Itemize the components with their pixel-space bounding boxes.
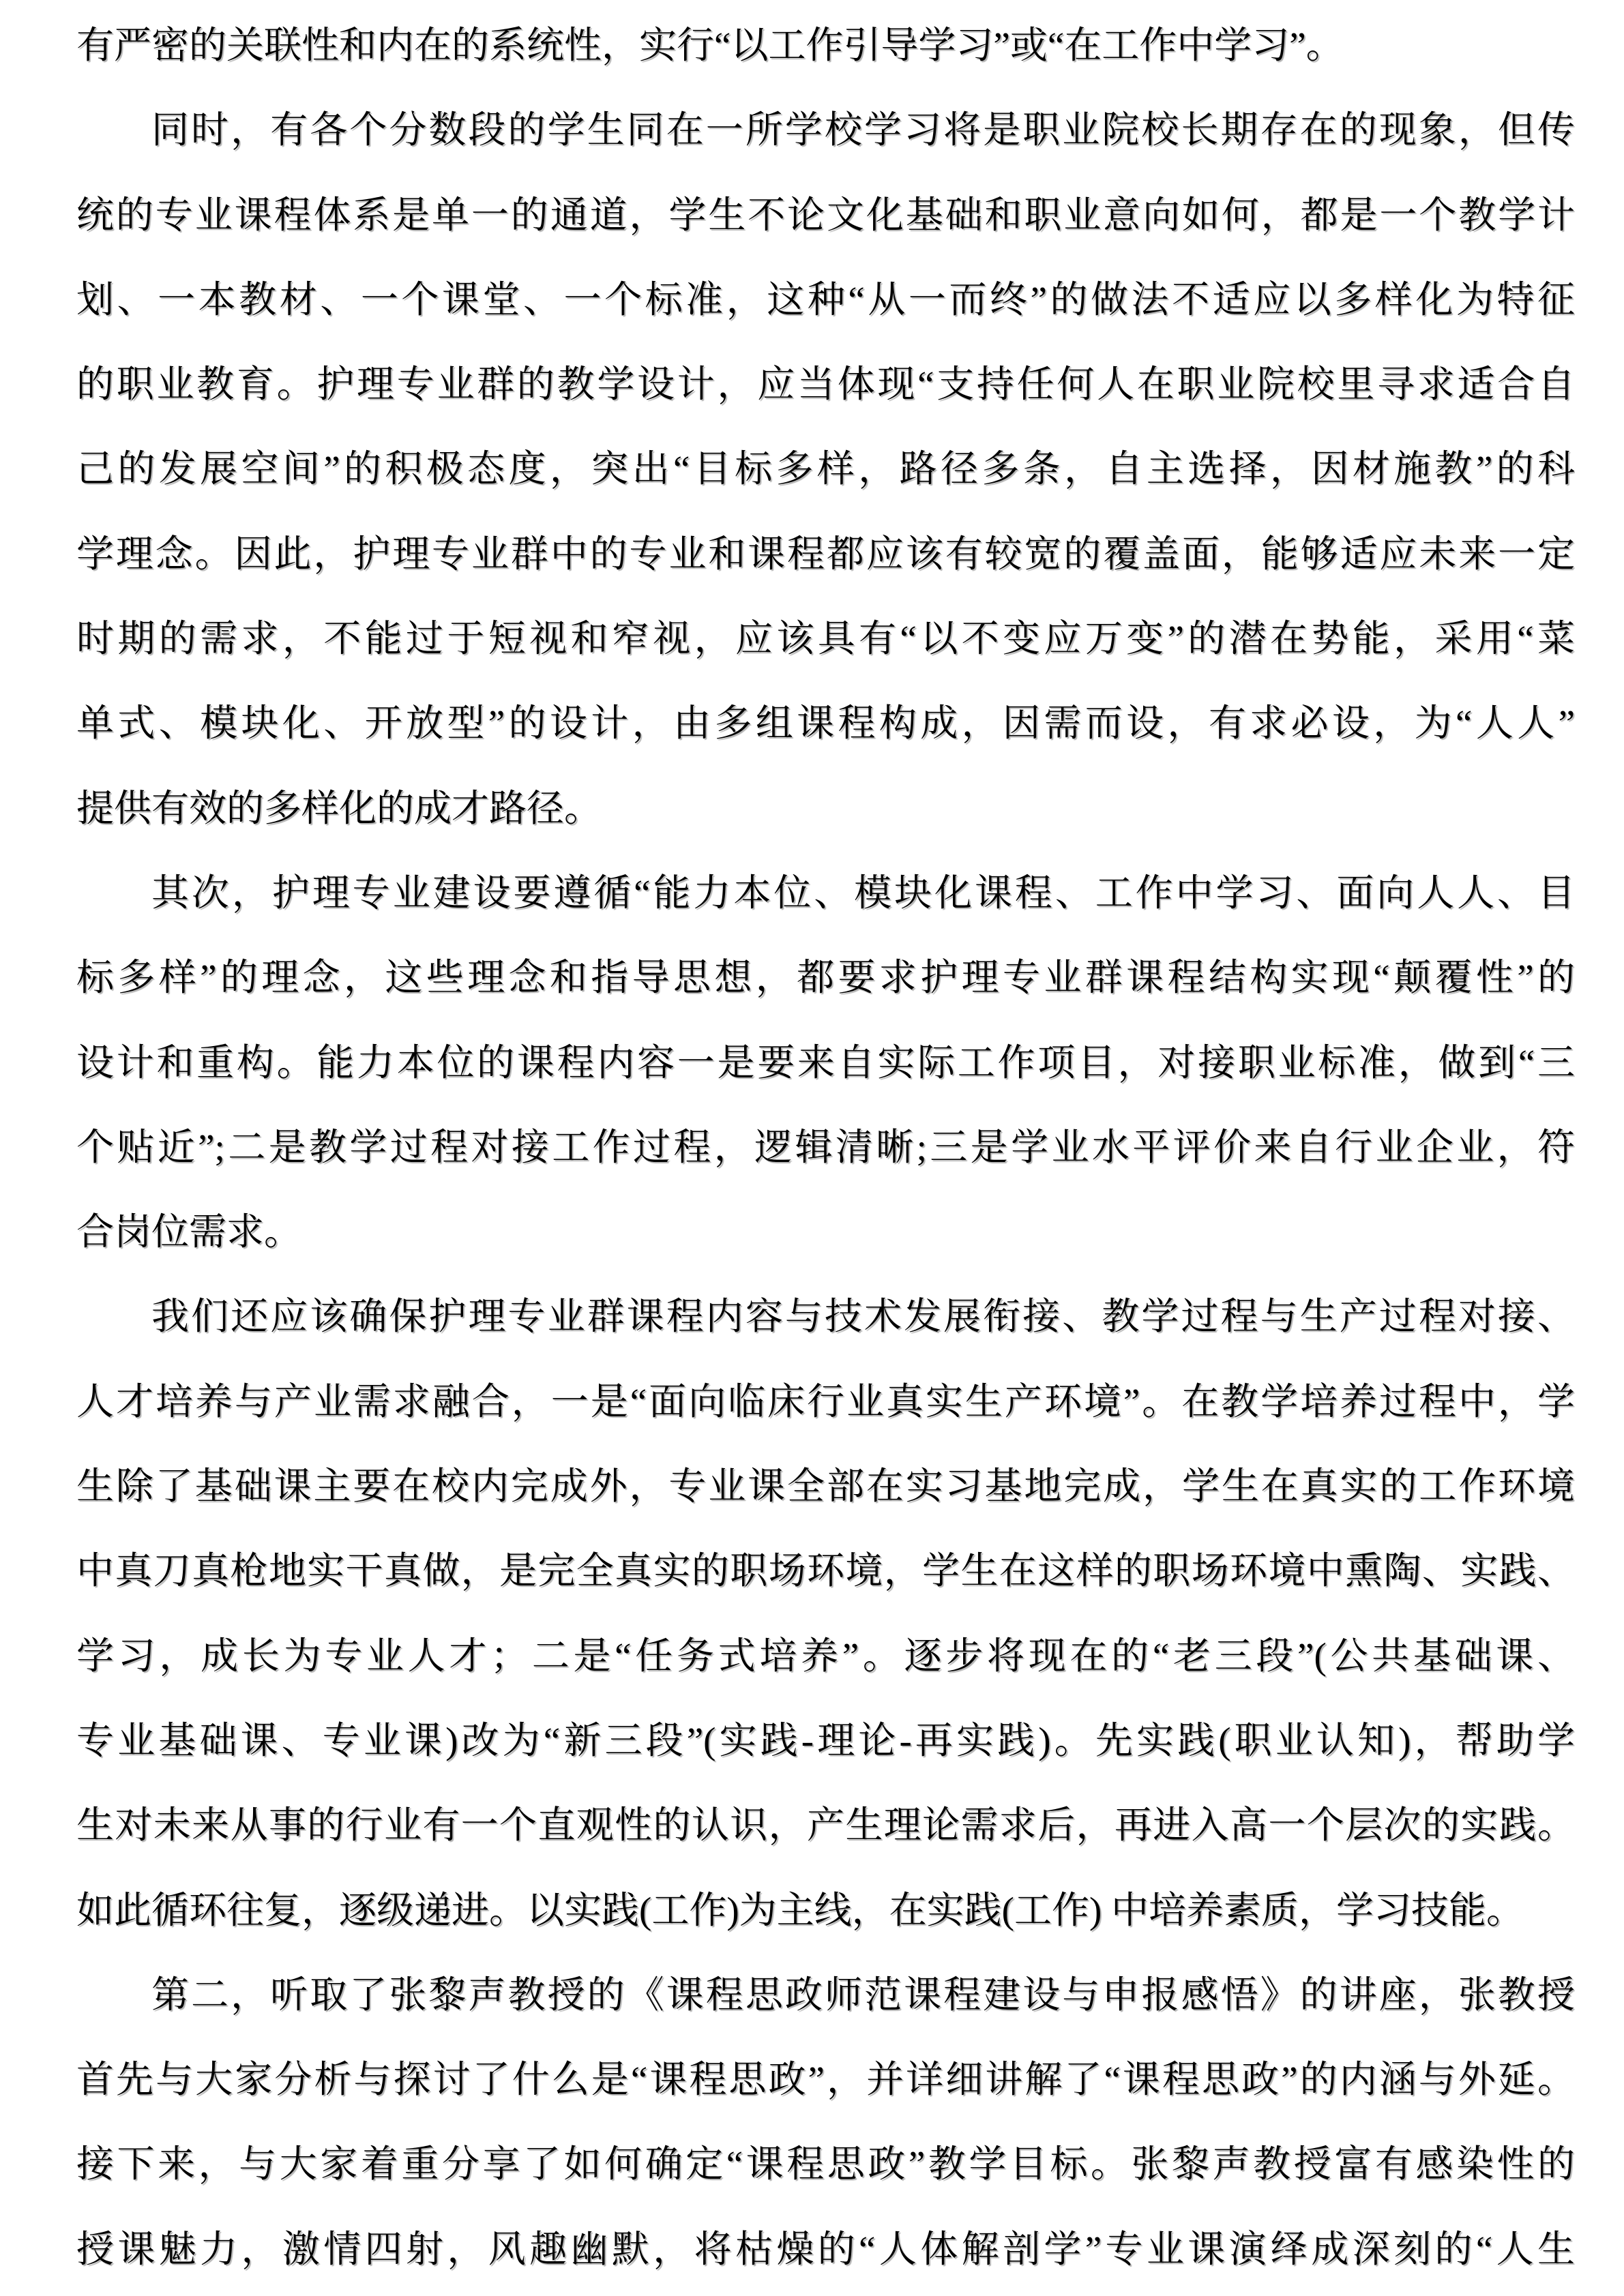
text-line: 接下来，与大家着重分享了如何确定“课程思政”教学目标。张黎声教授富有感染性的 bbox=[76, 2122, 1575, 2207]
text-line: 学习，成长为专业人才；二是“任务式培养”。逐步将现在的“老三段”(公共基础课、 bbox=[76, 1614, 1575, 1699]
text-line: 统的专业课程体系是单一的通道，学生不论文化基础和职业意向如何，都是一个教学计 bbox=[76, 173, 1575, 258]
text-line: 合岗位需求。 bbox=[76, 1190, 1575, 1274]
text-line: 授课魅力，激情四射，风趣幽默，将枯燥的“人体解剖学”专业课演绎成深刻的“人生 bbox=[76, 2207, 1575, 2292]
text-line: 划、一本教材、一个课堂、一个标准，这种“从一而终”的做法不适应以多样化为特征 bbox=[76, 258, 1575, 342]
text-line: 学理念。因此，护理专业群中的专业和课程都应该有较宽的覆盖面，能够适应未来一定 bbox=[76, 512, 1575, 597]
text-line: 提供有效的多样化的成才路径。 bbox=[76, 766, 1575, 851]
document-text-body: 有严密的关联性和内在的系统性，实行“以工作引导学习”或“在工作中学习”。同时，有… bbox=[76, 3, 1575, 2292]
text-line: 时期的需求，不能过于短视和窄视，应该具有“以不变应万变”的潜在势能，采用“菜 bbox=[76, 597, 1575, 681]
text-line: 单式、模块化、开放型”的设计，由多组课程构成，因需而设，有求必设，为“人人” bbox=[76, 681, 1575, 766]
text-line: 人才培养与产业需求融合，一是“面向临床行业真实生产环境”。在教学培养过程中，学 bbox=[76, 1360, 1575, 1444]
text-line: 的职业教育。护理专业群的教学设计，应当体现“支持任何人在职业院校里寻求适合自 bbox=[76, 342, 1575, 427]
text-line: 设计和重构。能力本位的课程内容一是要来自实际工作项目，对接职业标准，做到“三 bbox=[76, 1021, 1575, 1105]
text-line: 我们还应该确保护理专业群课程内容与技术发展衔接、教学过程与生产过程对接、 bbox=[76, 1274, 1575, 1359]
text-line: 中真刀真枪地实干真做，是完全真实的职场环境，学生在这样的职场环境中熏陶、实践、 bbox=[76, 1529, 1575, 1613]
text-line: 如此循环往复，逐级递进。以实践(工作)为主线，在实践(工作) 中培养素质，学习技… bbox=[76, 1868, 1575, 1953]
text-line: 己的发展空间”的积极态度，突出“目标多样，路径多条，自主选择，因材施教”的科 bbox=[76, 427, 1575, 511]
text-line: 专业基础课、专业课)改为“新三段”(实践-理论-再实践)。先实践(职业认知)，帮… bbox=[76, 1699, 1575, 1783]
text-line: 首先与大家分析与探讨了什么是“课程思政”，并详细讲解了“课程思政”的内涵与外延。 bbox=[76, 2038, 1575, 2122]
text-line: 第二，听取了张黎声教授的《课程思政师范课程建设与申报感悟》的讲座，张教授 bbox=[76, 1953, 1575, 2038]
text-line: 其次，护理专业建设要遵循“能力本位、模块化课程、工作中学习、面向人人、目 bbox=[76, 851, 1575, 936]
text-line: 有严密的关联性和内在的系统性，实行“以工作引导学习”或“在工作中学习”。 bbox=[76, 3, 1575, 88]
text-line: 生除了基础课主要在校内完成外，专业课全部在实习基地完成，学生在真实的工作环境 bbox=[76, 1444, 1575, 1529]
text-line: 标多样”的理念，这些理念和指导思想，都要求护理专业群课程结构实现“颠覆性”的 bbox=[76, 936, 1575, 1020]
document-page: 有严密的关联性和内在的系统性，实行“以工作引导学习”或“在工作中学习”。同时，有… bbox=[0, 0, 1624, 2296]
text-line: 个贴近”;二是教学过程对接工作过程，逻辑清晰;三是学业水平评价来自行业企业，符 bbox=[76, 1105, 1575, 1190]
text-line: 同时，有各个分数段的学生同在一所学校学习将是职业院校长期存在的现象，但传 bbox=[76, 88, 1575, 173]
text-line: 生对未来从事的行业有一个直观性的认识，产生理论需求后，再进入高一个层次的实践。 bbox=[76, 1783, 1575, 1868]
